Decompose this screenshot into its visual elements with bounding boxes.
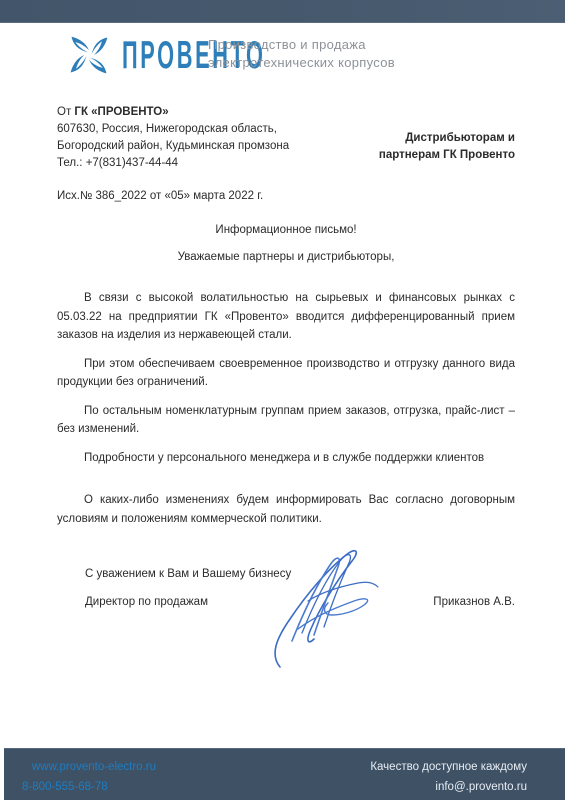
footer-phone[interactable]: 8-800-555-68-78	[22, 777, 156, 797]
sender-address-line1: 607630, Россия, Нижегородская область,	[57, 121, 289, 138]
outgoing-ref-line: Исх.№ 386_2022 от «05» марта 2022 г.	[57, 188, 289, 205]
company-tagline: Производство и продажа электротехнически…	[208, 36, 395, 72]
footer-website-link[interactable]: www.provento-electro.ru	[32, 757, 156, 777]
letter-paragraph: О каких-либо изменениях будем информиров…	[57, 491, 515, 528]
letter-salutation: Уважаемые партнеры и дистрибьюторы,	[57, 248, 515, 267]
footer-email-link[interactable]: info@.provento.ru	[370, 777, 527, 797]
handwritten-signature	[262, 543, 382, 673]
footer-right: Качество доступное каждому info@.provent…	[370, 757, 527, 797]
tagline-line2: электротехнических корпусов	[208, 54, 395, 72]
letter-paragraph: По остальным номенклатурным группам прие…	[57, 402, 515, 439]
footer-bar: www.provento-electro.ru 8-800-555-68-78 …	[4, 748, 565, 800]
sender-block: От ГК «ПРОВЕНТО» 607630, Россия, Нижегор…	[57, 104, 289, 205]
tagline-line1: Производство и продажа	[208, 36, 395, 54]
provento-swirl-icon	[66, 32, 112, 78]
signer-title: Директор по продажам	[57, 594, 208, 611]
top-color-bar	[0, 0, 565, 23]
letter-paragraph: В связи с высокой волатильностью на сырь…	[57, 289, 515, 345]
sender-address-line2: Богородский район, Кудьминская промзона	[57, 138, 289, 155]
sender-from-line: От ГК «ПРОВЕНТО»	[57, 104, 289, 121]
letter-paragraph: При этом обеспечиваем своевременное прои…	[57, 355, 515, 392]
footer-slogan: Качество доступное каждому	[370, 757, 527, 777]
sender-from-prefix: От	[57, 106, 74, 118]
recipient-block: Дистрибьюторам и партнерам ГК Провенто	[379, 130, 515, 164]
letter-paragraph: Подробности у персонального менеджера и …	[57, 449, 515, 468]
recipient-line1: Дистрибьюторам и	[379, 130, 515, 147]
letter-title: Информационное письмо!	[57, 221, 515, 240]
letter-page: ПРОВЕНТО Производство и продажа электрот…	[0, 0, 565, 800]
recipient-line2: партнерам ГК Провенто	[379, 147, 515, 164]
sender-company-name: ГК «ПРОВЕНТО»	[74, 106, 168, 118]
footer-contacts: www.provento-electro.ru 8-800-555-68-78	[32, 757, 156, 797]
signer-name: Приказнов А.В.	[433, 594, 515, 611]
letter-body: Информационное письмо! Уважаемые партнер…	[57, 221, 515, 538]
sender-phone: Тел.: +7(831)437-44-44	[57, 155, 289, 172]
